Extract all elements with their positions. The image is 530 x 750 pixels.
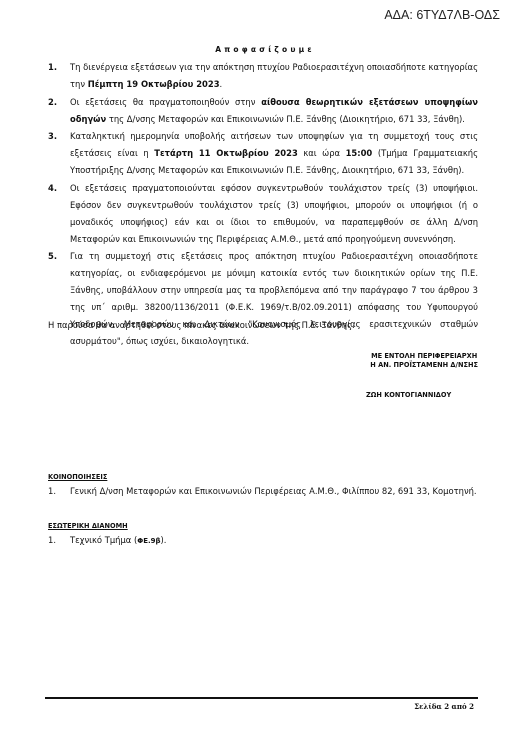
item-text: ). [161,535,167,545]
notification-item: 1.Γενική Δ/νση Μεταφορών και Επικοινωνιώ… [48,486,477,496]
signature-line-2: Η ΑΝ. ΠΡΟΪΣΤΑΜΕΝΗ Δ/ΝΣΗΣ [370,361,478,370]
item-number: 3. [48,128,57,145]
decision-item: 3. Καταληκτική ημερομηνία υποβολής αιτήσ… [48,128,478,179]
notifications-title: ΚΟΙΝΟΠΟΙΗΣΕΙΣ [48,473,107,481]
item-number: 1. [48,59,57,76]
item-number: 4. [48,180,57,197]
signature-block: ΜΕ ΕΝΤΟΛΗ ΠΕΡΙΦΕΡΕΙΑΡΧΗ Η ΑΝ. ΠΡΟΪΣΤΑΜΕΝ… [370,352,478,370]
item-text: της Δ/νσης Μεταφορών και Επικοινωνιών Π.… [106,114,465,124]
item-number: 2. [48,94,57,111]
item-text: Για τη συμμετοχή στις εξετάσεις προς από… [70,251,478,346]
item-text: Οι εξετάσεις θα πραγματοποιηθούν στην [70,97,261,107]
document-heading: Αποφασίζουμε [0,45,530,54]
item-number: 1. [48,535,70,545]
decision-item: 2. Οι εξετάσεις θα πραγματοποιηθούν στην… [48,94,478,128]
footer-divider [45,697,478,699]
distribution-item: 1.Τεχνικό Τμήμα (ΦΕ.9β). [48,535,166,545]
item-bold-time: 15:00 [346,148,373,158]
decision-list: 1. Τη διενέργεια εξετάσεων για την απόκτ… [48,59,478,351]
item-text: Γενική Δ/νση Μεταφορών και Επικοινωνιών … [70,486,477,496]
closing-statement: Η παρούσα θα αναρτηθεί στους πίνακες ανα… [48,320,355,330]
item-bold-date: Πέμπτη 19 Οκτωβρίου 2023 [88,79,220,89]
item-number: 5. [48,248,57,265]
internal-distribution-title: ΕΣΩΤΕΡΙΚΗ ΔΙΑΝΟΜΗ [48,522,128,530]
signature-line-1: ΜΕ ΕΝΤΟΛΗ ΠΕΡΙΦΕΡΕΙΑΡΧΗ [370,352,478,361]
signatory-name: ΖΩΗ ΚΟΝΤΟΓΙΑΝΝΙΔΟΥ [366,391,451,399]
item-text: Οι εξετάσεις πραγματοποιούνται εφόσον συ… [70,183,478,244]
item-text: Τεχνικό Τμήμα ( [70,535,137,545]
item-bold-code: ΦΕ.9β [137,537,160,545]
page-number: Σελίδα 2 από 2 [414,702,474,711]
item-text: . [220,79,223,89]
item-number: 1. [48,486,70,496]
item-bold-deadline: Τετάρτη 11 Οκτωβρίου 2023 [154,148,298,158]
item-text: και ώρα [298,148,346,158]
decision-item: 5. Για τη συμμετοχή στις εξετάσεις προς … [48,248,478,350]
decision-item: 1. Τη διενέργεια εξετάσεων για την απόκτ… [48,59,478,93]
ada-code: ΑΔΑ: 6ΤΥΔ7ΛΒ-ΟΔΣ [384,8,500,22]
decision-item: 4. Οι εξετάσεις πραγματοποιούνται εφόσον… [48,180,478,248]
